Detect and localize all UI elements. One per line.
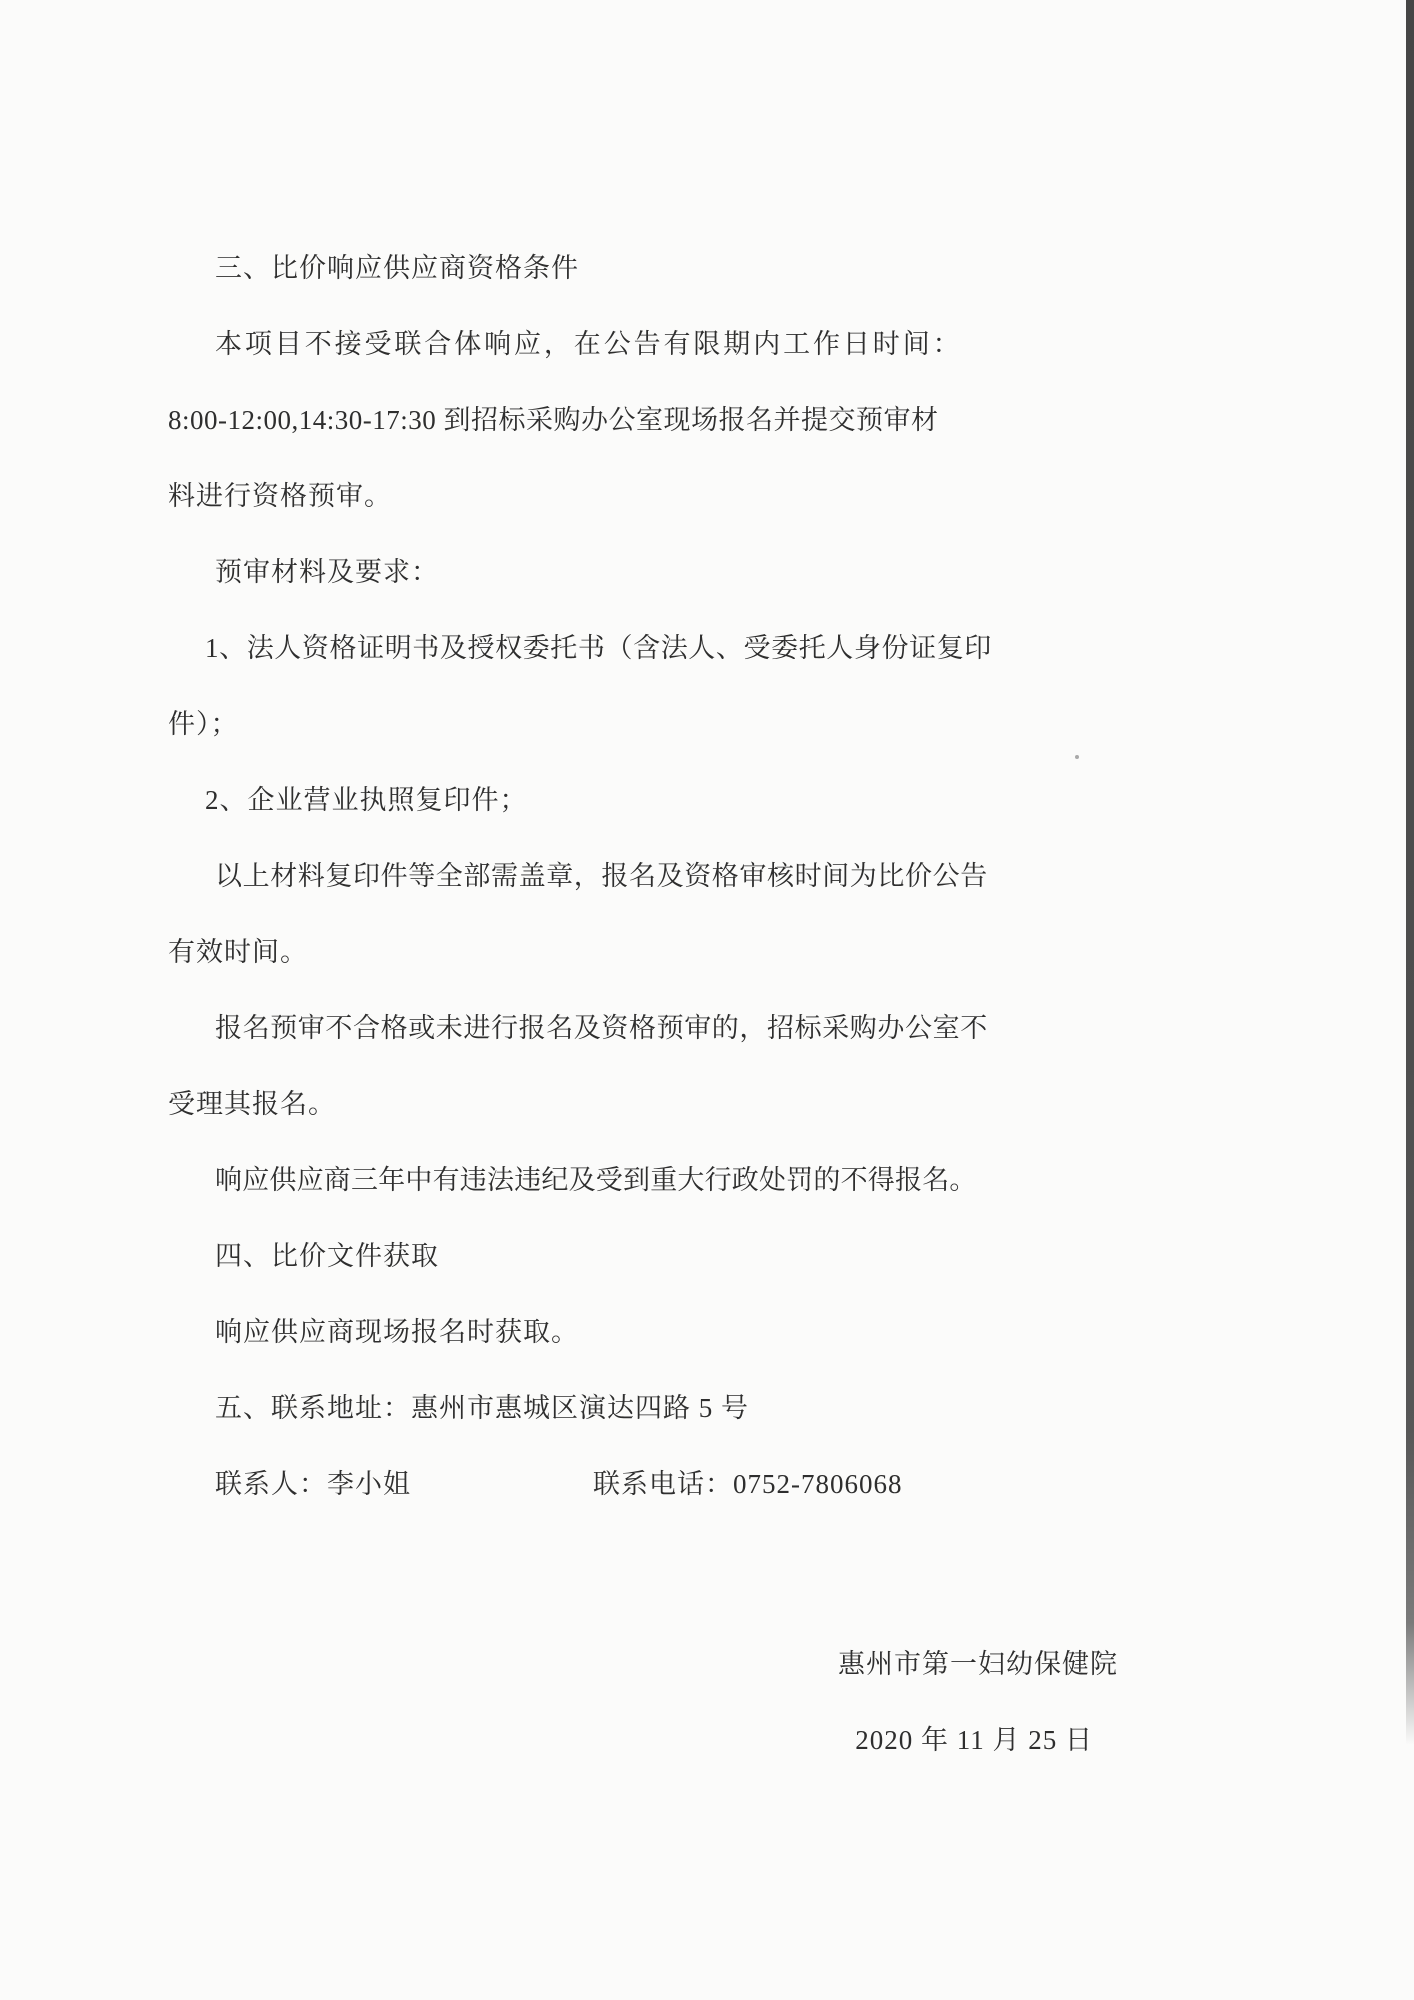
signature-block: 惠州市第一妇幼保健院 2020 年 11 月 25 日 bbox=[0, 1623, 1414, 1775]
list-item-1: 1、法人资格证明书及授权委托书（含法人、受委托人身份证复印 bbox=[168, 607, 953, 683]
paragraph-line: 响应供应商现场报名时获取。 bbox=[168, 1291, 953, 1367]
section-5-heading: 五、联系地址：惠州市惠城区演达四路 5 号 bbox=[168, 1367, 953, 1443]
paragraph-line: 件）； bbox=[168, 683, 953, 759]
contact-row: 联系人：李小姐 联系电话：0752-7806068 bbox=[168, 1443, 953, 1519]
scan-speck-artifact bbox=[1075, 755, 1079, 759]
section-3-heading: 三、比价响应供应商资格条件 bbox=[168, 227, 953, 303]
paragraph-line: 料进行资格预审。 bbox=[168, 455, 953, 531]
contact-phone: 联系电话：0752-7806068 bbox=[593, 1462, 903, 1501]
document-body: 三、比价响应供应商资格条件 本项目不接受联合体响应，在公告有限期内工作日时间： … bbox=[168, 227, 953, 1519]
contact-person: 联系人：李小姐 bbox=[215, 1462, 411, 1501]
paragraph-line: 报名预审不合格或未进行报名及资格预审的，招标采购办公室不 bbox=[168, 987, 953, 1063]
list-item-2: 2、企业营业执照复印件； bbox=[168, 759, 953, 835]
paragraph-line: 有效时间。 bbox=[168, 911, 953, 987]
paragraph-line: 预审材料及要求： bbox=[168, 531, 953, 607]
signature-organization: 惠州市第一妇幼保健院 bbox=[0, 1623, 1414, 1699]
paragraph-line: 本项目不接受联合体响应，在公告有限期内工作日时间： bbox=[168, 303, 953, 379]
signature-date: 2020 年 11 月 25 日 bbox=[0, 1699, 1414, 1775]
paragraph-line: 8:00-12:00,14:30-17:30 到招标采购办公室现场报名并提交预审… bbox=[168, 379, 953, 455]
paragraph-line: 受理其报名。 bbox=[168, 1063, 953, 1139]
section-4-heading: 四、比价文件获取 bbox=[168, 1215, 953, 1291]
paragraph-line: 以上材料复印件等全部需盖章，报名及资格审核时间为比价公告 bbox=[168, 835, 953, 911]
paragraph-line: 响应供应商三年中有违法违纪及受到重大行政处罚的不得报名。 bbox=[168, 1139, 953, 1215]
scanned-document-page: 三、比价响应供应商资格条件 本项目不接受联合体响应，在公告有限期内工作日时间： … bbox=[0, 0, 1414, 2000]
scan-edge-artifact bbox=[1406, 0, 1414, 1745]
